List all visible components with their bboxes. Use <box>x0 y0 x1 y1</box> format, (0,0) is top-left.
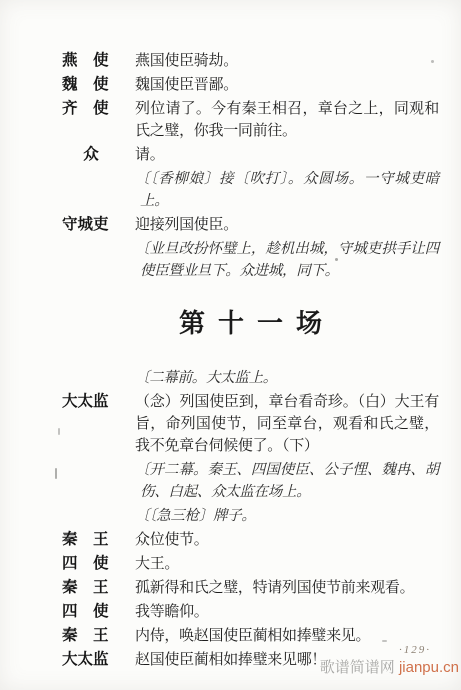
dialogue-text: 请。 <box>135 144 439 166</box>
speaker-label: 四 使 <box>62 601 120 623</box>
page-number: ·129· <box>399 644 431 656</box>
dialogue-text: （念）列国使臣到，章台看奇珍。（白）大王有旨，命列国使节，同至章台，观看和氏之璧… <box>135 391 439 457</box>
speaker-label: 众 <box>62 144 120 166</box>
dialogue-text: 魏国使臣晋鄙。 <box>135 74 439 96</box>
speaker-label: 齐 使 <box>62 98 120 142</box>
scan-artifact <box>382 640 387 642</box>
dialogue-text: 迎接列国使臣。 <box>135 214 439 236</box>
script-line: 众 请。 <box>62 144 439 166</box>
scan-artifact <box>58 428 60 435</box>
speaker-label: 秦 王 <box>62 529 120 551</box>
speaker-label: 秦 王 <box>62 577 120 599</box>
script-line: 守城吏 迎接列国使臣。 <box>62 214 439 236</box>
dialogue-text: 众位使节。 <box>135 529 439 551</box>
dialogue-text: 大王。 <box>135 553 439 575</box>
watermark-site-name: 歌谱简谱网 <box>320 659 395 676</box>
watermark: 歌谱简谱网 jianpu.cn <box>320 656 459 677</box>
stage-direction: 〔业旦改扮怀璧上，趁机出城，守城吏拱手让四使臣暨业旦下。众进城，同下。 <box>62 238 439 282</box>
script-line: 大太监 （念）列国使臣到，章台看奇珍。（白）大王有旨，命列国使节，同至章台，观看… <box>62 391 439 457</box>
watermark-domain: jianpu.cn <box>399 659 459 676</box>
scan-artifact <box>335 258 338 261</box>
stage-direction: 〔开二幕。秦王、四国使臣、公子悝、魏冉、胡伤、白起、众太监在场上。 <box>62 459 439 503</box>
script-line: 燕 使 燕国使臣骑劫。 <box>62 50 439 72</box>
scan-artifact <box>431 60 434 63</box>
stage-direction: 〔〔香柳娘〕接〔吹打〕。众圆场。一守城吏暗上。 <box>62 168 439 212</box>
dialogue-text: 燕国使臣骑劫。 <box>135 50 439 72</box>
stage-direction: 〔二幕前。大太监上。 <box>62 367 439 389</box>
scan-artifact <box>55 468 57 479</box>
script-line: 四 使 大王。 <box>62 553 439 575</box>
speaker-label: 大太监 <box>62 391 120 457</box>
stage-direction-text: 〔〔急三枪〕牌子。 <box>135 505 439 527</box>
scene-heading: 第十一场 <box>62 308 439 340</box>
speaker-label: 魏 使 <box>62 74 120 96</box>
stage-direction-text: 〔开二幕。秦王、四国使臣、公子悝、魏冉、胡伤、白起、众太监在场上。 <box>135 459 439 503</box>
speaker-label: 秦 王 <box>62 625 120 647</box>
stage-direction-text: 〔〔香柳娘〕接〔吹打〕。众圆场。一守城吏暗上。 <box>135 168 439 212</box>
speaker-label: 守城吏 <box>62 214 120 236</box>
script-line: 秦 王 内侍，唤赵国使臣蔺相如捧璧来见。 <box>62 625 439 647</box>
scanned-script-page: 燕 使 燕国使臣骑劫。 魏 使 魏国使臣晋鄙。 齐 使 列位请了。今有秦王相召，… <box>0 0 461 690</box>
dialogue-text: 孤新得和氏之璧，特请列国使节前来观看。 <box>135 577 439 599</box>
speaker-label: 燕 使 <box>62 50 120 72</box>
script-line: 秦 王 众位使节。 <box>62 529 439 551</box>
dialogue-text: 我等瞻仰。 <box>135 601 439 623</box>
script-line: 四 使 我等瞻仰。 <box>62 601 439 623</box>
speaker-label: 大太监 <box>62 649 120 671</box>
speaker-label: 四 使 <box>62 553 120 575</box>
dialogue-text: 内侍，唤赵国使臣蔺相如捧璧来见。 <box>135 625 439 647</box>
script-line: 秦 王 孤新得和氏之璧，特请列国使节前来观看。 <box>62 577 439 599</box>
dialogue-text: 列位请了。今有秦王相召，章台之上，同观和氏之璧，你我一同前往。 <box>135 98 439 142</box>
script-line: 齐 使 列位请了。今有秦王相召，章台之上，同观和氏之璧，你我一同前往。 <box>62 98 439 142</box>
stage-direction: 〔〔急三枪〕牌子。 <box>62 505 439 527</box>
script-line: 魏 使 魏国使臣晋鄙。 <box>62 74 439 96</box>
stage-direction-text: 〔二幕前。大太监上。 <box>135 367 439 389</box>
page-content: 燕 使 燕国使臣骑劫。 魏 使 魏国使臣晋鄙。 齐 使 列位请了。今有秦王相召，… <box>0 0 461 671</box>
stage-direction-text: 〔业旦改扮怀璧上，趁机出城，守城吏拱手让四使臣暨业旦下。众进城，同下。 <box>135 238 439 282</box>
